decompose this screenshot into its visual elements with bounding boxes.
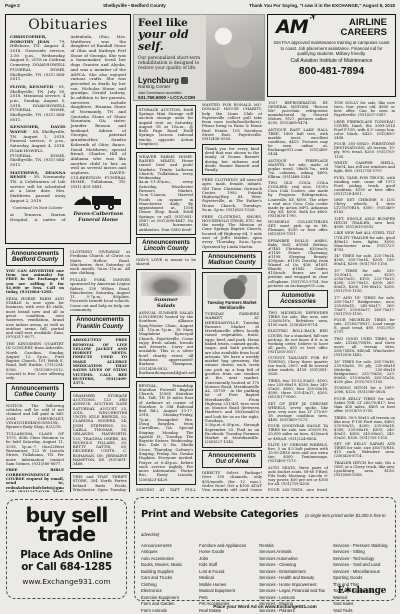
place-ads-online-line: Place Ads Online [7,550,126,562]
section-header: AnnouncementsFranklin County [70,315,130,333]
ad-body: Our personalized short-term rehabilitati… [138,56,210,72]
classified-ad: PULLED PORK DINNER sponsored by American… [70,278,130,312]
section-header: AnnouncementsBedford County [6,248,64,266]
classified-ad: CUTOUT TAILGATE FOR RV TOWING, Chevy thr… [268,356,328,376]
classified-ad: TOW DOLLY for sale, like new tires, four… [334,101,395,117]
section-header: AnnouncementsMadison County [202,251,262,269]
classified-ad: TIRES: 30-9.50x15 all terrain on like ne… [334,416,395,440]
classified-ad: 16" TIRES for sale, 265-70x16; 235-85x16… [334,360,395,384]
promo-box: Tuesday Farmers Market MeridianvilleTUES… [202,272,262,447]
classified-column-3: STORAGE AUCTION, Estill Springs Mini Sto… [136,105,196,491]
section-header-county: Coffee County [8,392,62,398]
classified-ad: YOU CAN ADVERTISE one item (no animals) … [6,269,64,295]
obituaries-section: Obituaries CHRISTOPHER, DOROTHY JEAN - 7… [5,14,131,244]
classified-ad: 12FT. SINGLE AXLE BUMPER HITCH TRAILER, … [334,217,395,229]
classified-ad: THE KINGSMEN QUARTET IN CONCERT, from As… [6,342,64,381]
classified-ad: TWO MICHELIN DEFENDER TIRES for sale, li… [268,311,328,327]
classified-ad: TULLAHOMA CLASS OF 1973, 45th Class Reun… [6,432,64,466]
classified-ad: LEER FIBERGLASS TONNEAU COVER, lined, fi… [334,120,395,140]
classified-ad: TWO OLD COCA COLA COOLERS, real nice, 19… [268,181,328,218]
ad-headline-2: your old self. [138,29,210,53]
obituary-entry: FLOYD, KENNETH - 81, Shelbyville, TN. Ju… [10,85,66,123]
exchange-logo: E✶change [338,586,386,596]
classified-column-5: 1927 REFRIGERATOR BY GENERAL MOTORS, "Re… [268,101,328,491]
trade-line: trade [7,525,126,544]
category-item: Services - Legal, Financial and Tax [259,588,333,594]
promo-text: ANNUAL SUMMER SALAD LUNCHEON hosted by t… [139,311,193,375]
classified-column-1: AnnouncementsBedford CountyYOU CAN ADVER… [6,248,64,492]
newspaper-page: Page 2 Shelbyville • Bedford County Than… [0,0,400,614]
section-header-county: Madison County [204,260,260,266]
classified-ad: XENA HORSE FARM AND STABLE is now open f… [6,297,64,340]
classified-ad: GOD'S LOVE is meant to be shared. [136,258,196,267]
classified-ad: 14" TIRES for sale, 225-70x14, $200; 205… [334,254,395,266]
obituaries-title: Obituaries [10,17,126,33]
section-header: AnnouncementsCoffee County [6,383,64,401]
classified-ad: FOUR 305-55R20 FIRESTONE DESTINATIONS, a… [334,142,395,158]
aim-logo: AM✈ [276,18,308,37]
promo-title: Tuesday Farmers Market Meridianville [205,301,259,311]
section-header: AutomotiveAccessories [268,290,328,308]
classified-ad: ELITE 18" CHROME WHEELS, five, 5 on 4.5 … [268,443,328,463]
classified-ad: FOUR GOODYEAR EAGLE TA TIRES for sale, s… [268,424,328,440]
obituary-name: KENNEMER, DAVID WAYNE [10,124,66,134]
funeral-home-name: Daves-Culbertson [71,211,127,217]
ad-body: Get FAA approved maintenance training at… [272,40,391,57]
classified-ad: ONE SET CHROME 8 LUG Chevy wheels, 4 tir… [334,198,395,214]
page-number: Page 2 [5,3,20,8]
classified-ad: WANTED FOR RONALD MC-DONALD HOUSE CHARIT… [202,103,262,142]
boxed-ad: Thank you for every kind deed that was s… [202,144,262,175]
classified-ad: DIRECTV Select Package! Over 150 channel… [202,471,262,491]
obituary-name: CHRISTOPHER, DOROTHY JEAN [10,35,50,44]
promo-title: Summer Salads [139,298,193,310]
funeral-home-name-2: Funeral Home [71,217,127,223]
boxed-ad: ABSOLUTELY FREE REMOVAL OF LIVE YELLOW J… [70,335,130,388]
classified-column-6: TOW DOLLY for sale, like new tires, four… [334,101,395,491]
classified-ad: HUMMELS COLLECTIBLES SET, must pick up i… [268,220,328,236]
obituary-name: MATTHEWS, DEANNA RENEE [10,170,66,180]
promo-text: TUESDAY FARMERS MARKET AT MERIDIANVILLE:… [205,312,259,445]
classified-ad: CLOTHING GIVEAWAY at Fredonia Church of … [70,250,130,276]
classified-ad: FREE CLOTHING! All sizes-all ages: male,… [202,178,262,212]
promo-box: Summer SaladsANNUAL SUMMER SALAD LUNCHEO… [136,269,196,378]
section-header-county: Lincoln County [138,246,194,252]
obituary-name: FLOYD, KENNETH [10,84,53,89]
brand-name: Lynchburg [138,77,210,85]
classified-ad: TRAILER HITCH for sale, fits a GMC or a … [334,461,395,477]
obituary-entry: MATTHEWS, DEANNA RENEE - 39, Normandy, T… [10,171,66,204]
section-header-county: Bedford County [8,257,62,263]
call-number-line: or Call 684-1285 [7,562,126,574]
classified-ad: 15" TIRES for sale, 235-10.50x15, nice, … [334,269,395,293]
section-header: AnnouncementsOut of Area [202,450,262,468]
airplane-icon: ✈ [308,13,318,24]
couple-photo [206,15,264,100]
classified-ad: FUEL TANK FOR TRUCK, with winding unit, … [334,176,395,196]
obituary-entry: KENNEMER, DAVID WAYNE - 64, Shelbyville,… [10,125,66,167]
salad-photo [141,272,191,296]
section-header-county: Accessories [270,299,326,305]
classified-ad: SINGING AT TAFT FULL GOSPEL CHURCH, Satu… [136,488,196,491]
classified-column-2: CLOTHING GIVEAWAY at Fredonia Church of … [70,250,130,492]
classified-ad: TWO GOOD USED TIRES for sale, LT265/75R1… [334,337,395,357]
classified-ad: SET OF JEEP JK CHROME WHEELS, seven spok… [268,402,328,422]
section-header-county: Franklin County [72,324,128,330]
ad-title: AIRLINE CAREERS [341,18,387,38]
phone-number: 800-481-7894 [272,66,391,78]
obituaries-columns: CHRISTOPHER, DOROTHY JEAN - 79, Hillsbor… [10,35,126,233]
classified-ad: FREE CLOTHING, SHOES, HOUSEHOLD ITEMS, E… [202,215,262,249]
classified-ad: EFFANBEE DOLLS: #8485, Baby Doll; #1864 … [268,239,328,288]
ad-headline: Feel like [138,18,210,29]
boxed-ad: GRAMMER STORAGE AUCTIONS, 123 3RD AVENUE… [70,391,130,469]
classified-ad: NOTICE: The following vehicles will be s… [6,404,64,430]
classified-ad: FREE BIBLE CORRESPONDENCE COURSE request… [6,468,64,492]
classified-ad: ANTIQUE EAST LAKE HALL TREE, 1800 hall t… [268,128,328,156]
phone-and-site: 931.759.6000 • LCCA.COM [138,95,210,101]
airline-careers-ad: AM✈ AIRLINE CAREERS Get FAA approved mai… [267,14,396,97]
continued-note: -Continued On Next Column- [10,206,66,210]
buy-sell-trade-ad: buy sell trade Place Ads Online or Call … [6,499,127,599]
classified-ad: ELECTRIC ROLL-BACK BED COVER, for a stan… [268,329,328,353]
categories-title: Print and Website Categories [141,509,298,520]
classified-ad: FOUR MICHELIN TIRES for sale, LT265/70R1… [334,318,395,334]
edition-label: Shelbyville • Bedford County [103,3,166,8]
classified-ad: SET OF KELLY SAFARI ATR TIRES for sale, … [334,442,395,458]
produce-photo [207,275,257,299]
hearse-icon [72,193,124,211]
classified-ad: AUTO SEATS, three pairs of auto bucket s… [268,466,328,486]
lynchburg-logo-mark [181,77,188,84]
section-header-county: Out of Area [204,459,260,465]
masthead: Page 2 Shelbyville • Bedford County Than… [0,0,400,8]
classified-ad: FOUR 265-75X16, nice tread, $250. (931)7… [268,488,328,491]
funeral-home-logo: Daves-CulbertsonFuneral Home [71,193,127,223]
section-header: AnnouncementsLincoln County [136,237,196,255]
classified-ad: 1927 REFRIGERATOR BY GENERAL MOTORS, "Re… [268,101,328,125]
classified-ad: FOUR KELLY TIRES for sale, Safari TSR, L… [334,397,395,413]
lynchburg-nursing-ad: Feel like your old self. Our personalize… [133,14,265,101]
boxed-ad: REVIVAL, Friendship Stateline Freewill B… [136,381,196,485]
classified-column-4: WANTED FOR RONALD MC-DONALD HOUSE CHARIT… [202,103,262,491]
classified-ad: WHITE CAMPER SHELL, 76x74, has roll out … [334,161,395,173]
obituary-entry: CHRISTOPHER, DOROTHY JEAN - 79, Hillsbor… [10,35,66,82]
boxed-ad: STORAGE AUCTION, Estill Springs Mini Sto… [136,105,196,149]
masthead-tagline: Thank You For Saying, "I saw it in the E… [249,3,395,8]
categories-panel: Print and Website Categories (a single i… [134,497,396,601]
classified-ad: 17" AND 18" TIRES for sale, 285-70x17 Br… [334,296,395,316]
classified-ad: ANTIQUE FIREPLACE MANTEL for sale, made … [268,159,328,179]
classified-ad: TIRES, two 10-32.50x15, $100; two 255-60… [268,379,328,399]
classified-ad: LIKE NEW 4x8 ALL STEEL TILT UTILITY TRAI… [334,231,395,251]
boxed-ad: WEAVER FARMS HOME-RAISED MEATS, Home rai… [136,152,196,235]
word-ad-footer: Place your Word Ad on www.Exchange931.co… [134,604,396,609]
boxed-ad: THIS and THAT THRIFT STORE, 204 North Po… [70,472,130,492]
classified-ad: TOWING HITCH for a 1997-2006, $125. (931… [334,386,395,394]
website-url: www.Exchange931.com [7,577,126,587]
